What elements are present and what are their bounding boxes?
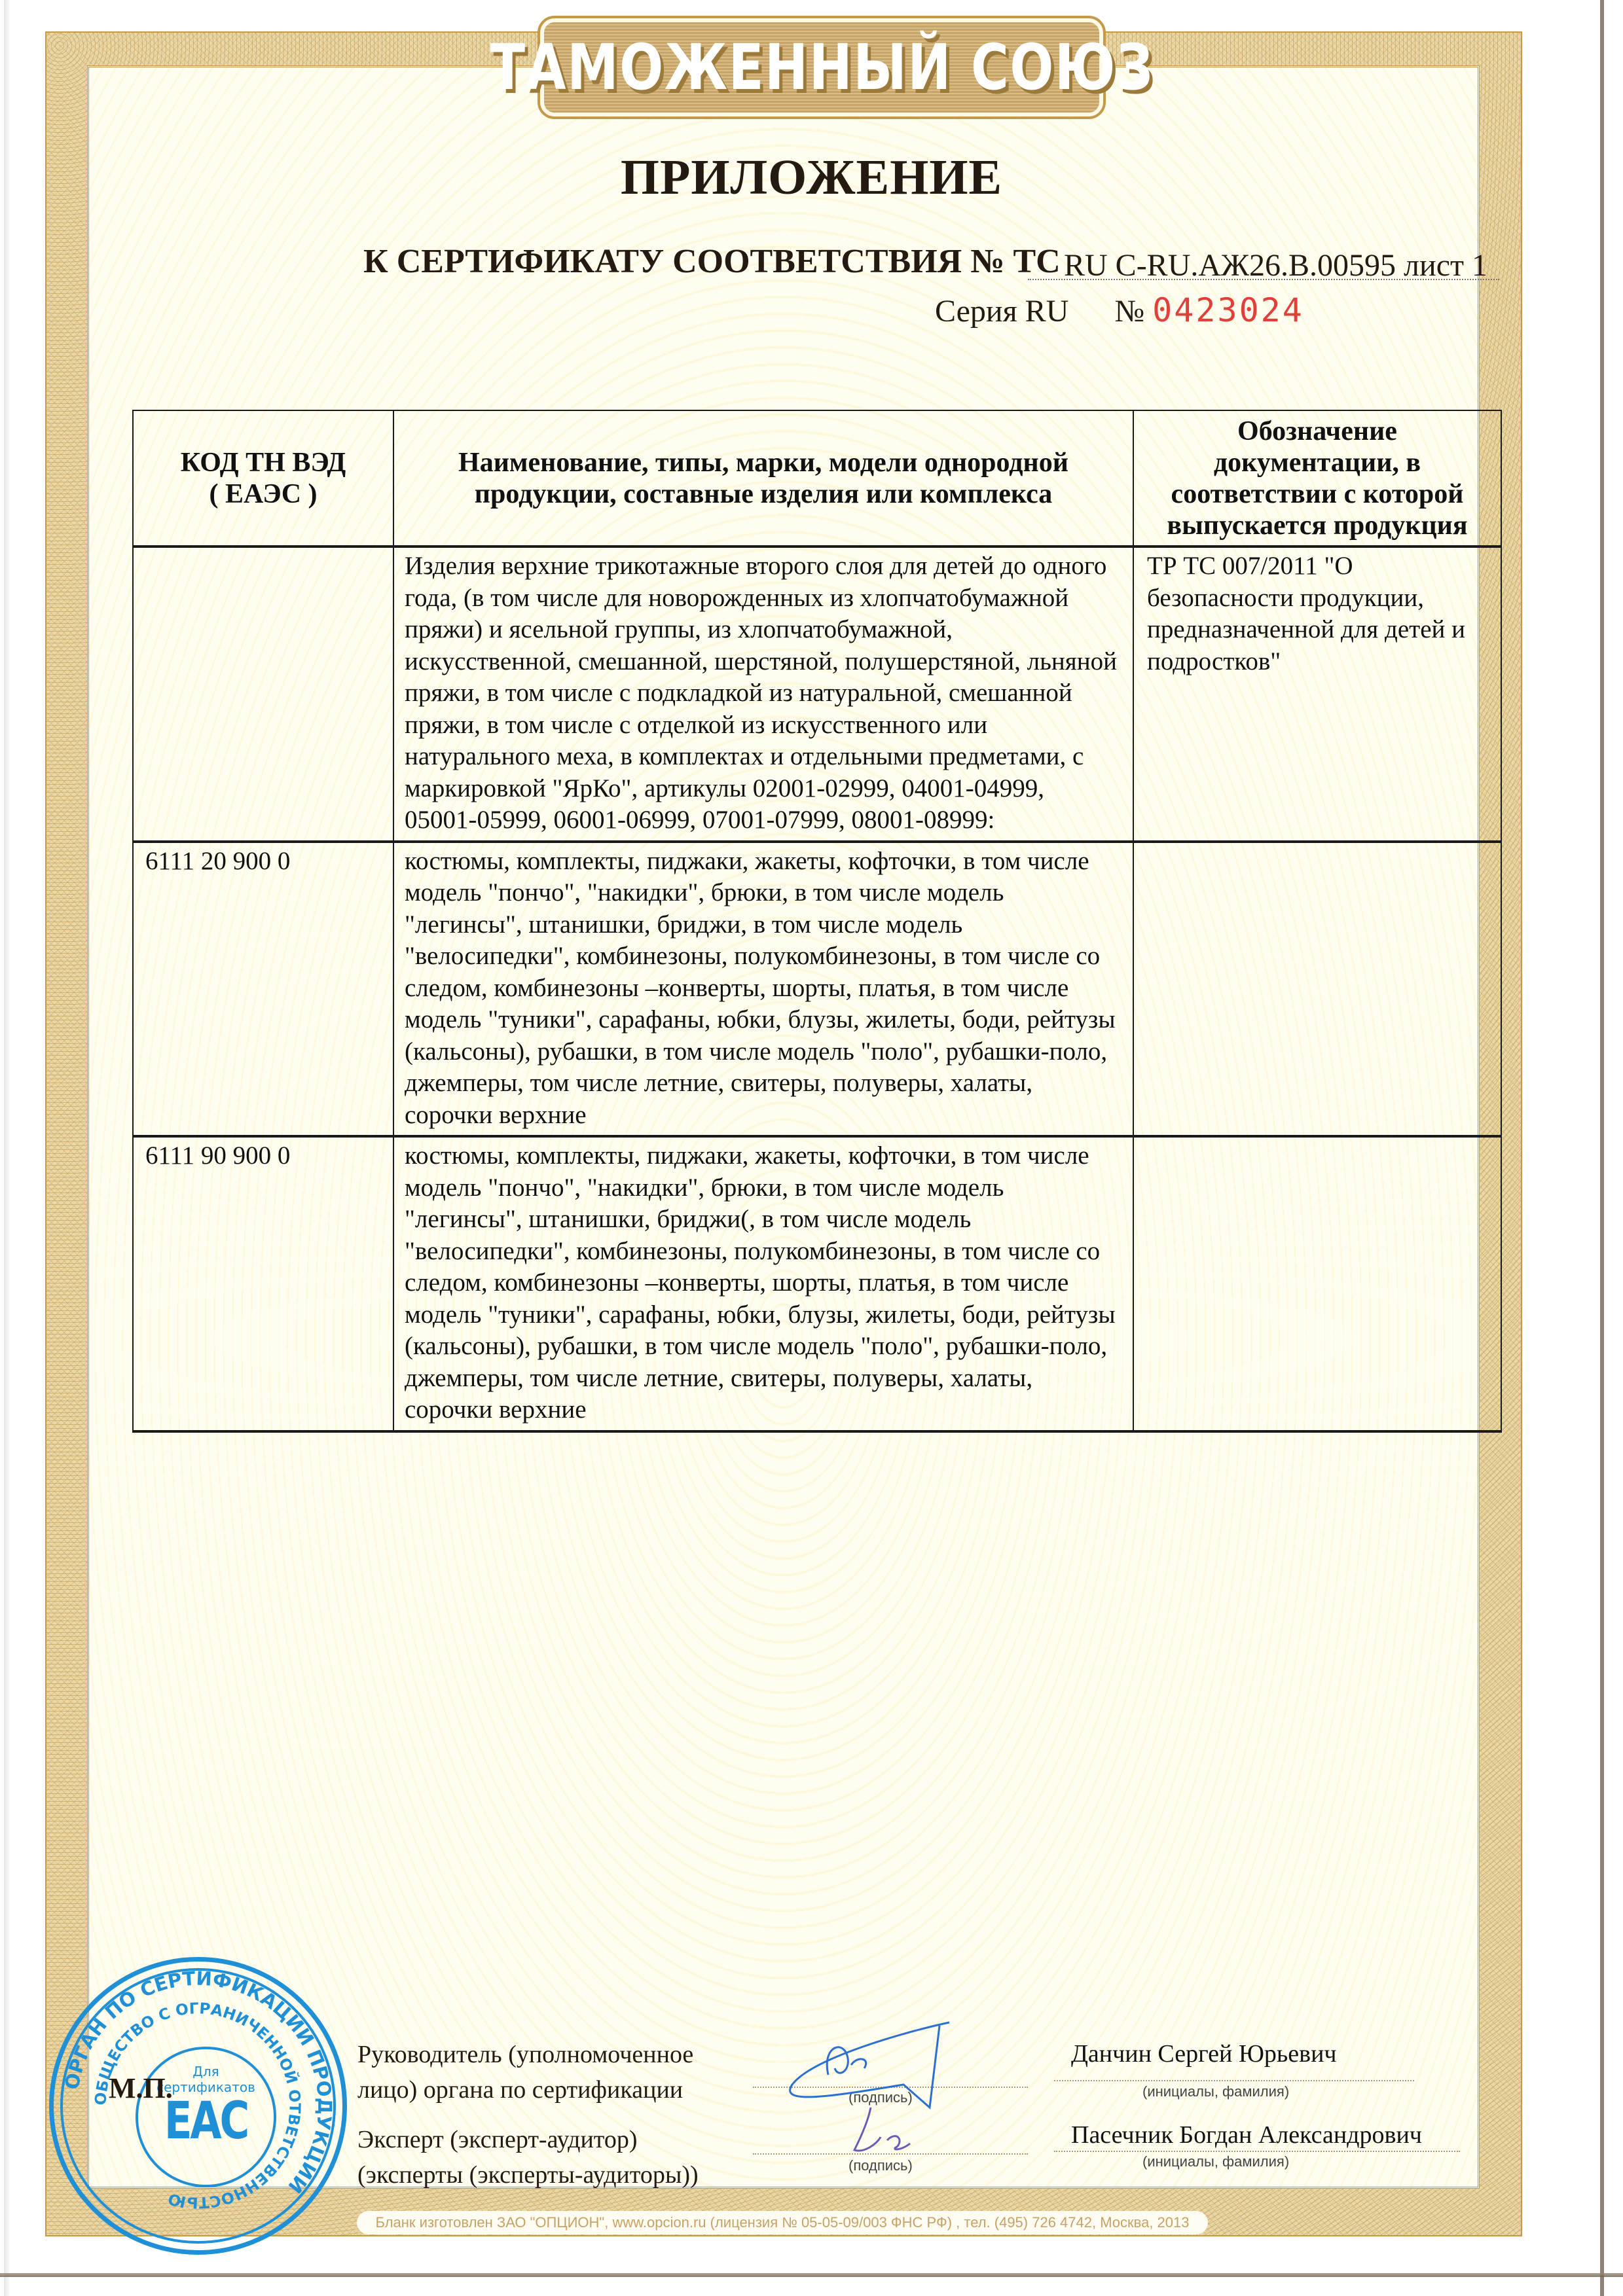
expert-label-line2: (эксперты (эксперты-аудиторы)) xyxy=(357,2157,699,2193)
expert-signature-icon xyxy=(851,2104,930,2157)
cell-name: Изделия верхние трикотажные второго слоя… xyxy=(393,547,1133,842)
scan-edge-bottom xyxy=(0,2273,1623,2277)
number-sign: № xyxy=(1114,294,1144,329)
customs-union-banner: ТАМОЖЕННЫЙ СОЮЗ xyxy=(540,18,1103,117)
head-label-line2: лицо) органа по сертификации xyxy=(357,2072,683,2108)
table-header-row: КОД ТН ВЭД ( ЕАЭС ) Наименование, типы, … xyxy=(133,410,1501,547)
header-hs-code-line1: КОД ТН ВЭД xyxy=(139,447,388,478)
head-name-caption: (инициалы, фамилия) xyxy=(1142,2083,1289,2100)
form-printer-footer: Бланк изготовлен ЗАО "ОПЦИОН", www.opcio… xyxy=(357,2211,1208,2234)
stamp-center: Для сертификатов ЕАС xyxy=(136,2047,276,2187)
scan-edge-left xyxy=(4,0,9,2296)
banner-text: ТАМОЖЕННЫЙ СОЮЗ xyxy=(490,31,1154,104)
header-hs-code: КОД ТН ВЭД ( ЕАЭС ) xyxy=(133,410,393,547)
expert-name-line xyxy=(1054,2151,1460,2152)
head-signature-icon xyxy=(773,2019,956,2111)
head-name: Данчин Сергей Юрьевич xyxy=(1071,2039,1337,2068)
header-hs-code-line2: ( ЕАЭС ) xyxy=(139,478,388,510)
products-table: КОД ТН ВЭД ( ЕАЭС ) Наименование, типы, … xyxy=(132,410,1502,1433)
expert-signature-caption: (подпись) xyxy=(848,2157,913,2174)
head-name-line xyxy=(1054,2080,1414,2081)
certificate-subtitle: К СЕРТИФИКАТУ СООТВЕТСТВИЯ № ТС xyxy=(363,242,1061,281)
cell-code: 6111 90 900 0 xyxy=(133,1136,393,1431)
header-documentation: Обозначение документации, в соответствии… xyxy=(1133,410,1501,547)
page-title: ПРИЛОЖЕНИЕ xyxy=(0,149,1623,206)
cell-doc xyxy=(1133,1136,1501,1431)
table-row: 6111 90 900 0 костюмы, комплекты, пиджак… xyxy=(133,1136,1501,1431)
expert-name: Пасечник Богдан Александрович xyxy=(1071,2121,1422,2149)
expert-label-line1: Эксперт (эксперт-аудитор) xyxy=(357,2122,638,2157)
footer-text: Бланк изготовлен ЗАО "ОПЦИОН", www.opcio… xyxy=(376,2214,1190,2231)
certification-stamp: ОРГАН ПО СЕРТИФИКАЦИИ ПРОДУКЦИИ ОБЩЕСТВО… xyxy=(49,1957,347,2255)
cell-doc xyxy=(1133,842,1501,1137)
seal-place-label: М.П. xyxy=(109,2072,173,2105)
head-label-line1: Руководитель (уполномоченное xyxy=(357,2037,693,2072)
table-row: Изделия верхние трикотажные второго слоя… xyxy=(133,547,1501,842)
cell-code xyxy=(133,547,393,842)
cell-name: костюмы, комплекты, пиджаки, жакеты, коф… xyxy=(393,1136,1133,1431)
series-line: Серия RU№ 0423024 xyxy=(935,291,1304,329)
series-label: Серия RU xyxy=(935,294,1068,329)
series-number: 0423024 xyxy=(1152,291,1304,329)
cell-doc: ТР ТС 007/2011 "О безопасности продукции… xyxy=(1133,547,1501,842)
table-row: 6111 20 900 0 костюмы, комплекты, пиджак… xyxy=(133,842,1501,1137)
certificate-number: RU C-RU.АЖ26.В.00595 лист 1 xyxy=(1064,247,1487,283)
cell-name: костюмы, комплекты, пиджаки, жакеты, коф… xyxy=(393,842,1133,1137)
header-product-name: Наименование, типы, марки, модели одноро… xyxy=(393,410,1133,547)
expert-name-caption: (инициалы, фамилия) xyxy=(1142,2153,1289,2170)
cell-code: 6111 20 900 0 xyxy=(133,842,393,1137)
scan-edge-right xyxy=(1600,0,1604,2296)
